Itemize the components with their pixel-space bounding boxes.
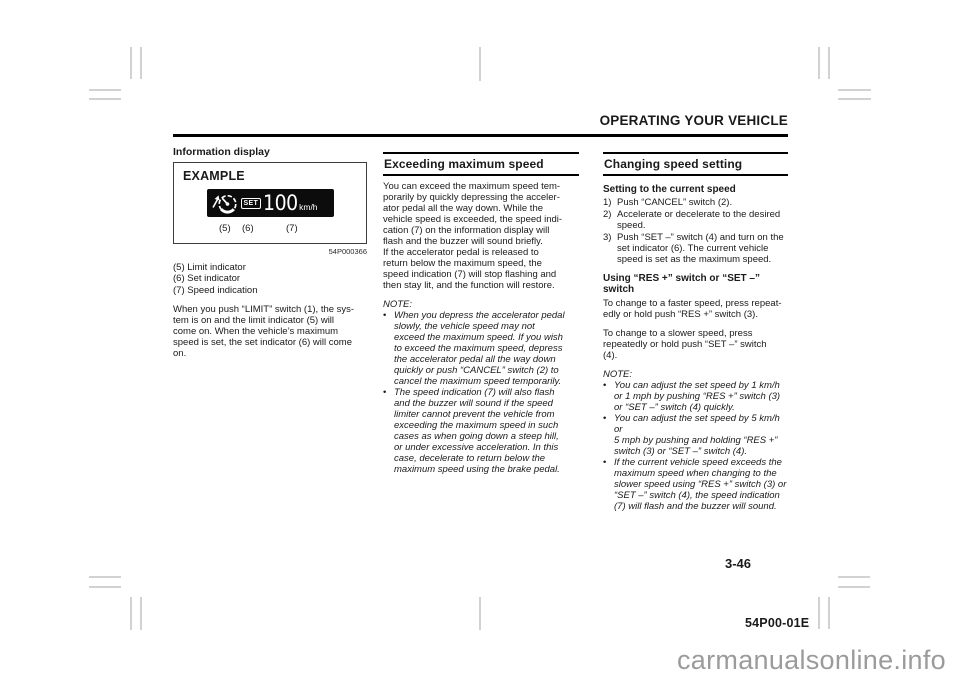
step-text: Push “CANCEL” switch (2). (617, 197, 788, 208)
step-item: 1) Push “CANCEL” switch (2). (603, 197, 788, 208)
document-code: 54P00-01E (745, 616, 809, 630)
note-text: You can adjust the set speed by 1 km/h o… (614, 380, 788, 413)
subheading-res-set-switch: Using “RES +” switch or “SET –” switch (603, 273, 788, 296)
crop-mark (479, 47, 481, 81)
note-text: You can adjust the set speed by 5 km/h o… (614, 413, 788, 457)
header-rule (173, 134, 788, 137)
watermark: carmanualsonline.info (677, 645, 946, 676)
crop-mark (130, 597, 132, 630)
crop-mark (89, 98, 121, 100)
crop-mark (818, 47, 820, 79)
crop-mark (89, 576, 121, 578)
note-text: The speed indication (7) will also flash… (394, 387, 579, 475)
step-text: Accelerate or decelerate to the desired … (617, 209, 788, 231)
figure-legend: (5) Limit indicator (6) Set indicator (7… (173, 262, 367, 297)
middle-column: Exceeding maximum speed You can exceed t… (383, 152, 579, 475)
crop-mark (838, 576, 870, 578)
crop-mark (479, 597, 481, 630)
manual-page: OPERATING YOUR VEHICLE Information displ… (0, 0, 960, 678)
set-indicator-badge: SET (241, 198, 261, 209)
crop-mark (838, 89, 871, 91)
page-number: 3-46 (688, 556, 788, 571)
crop-mark (838, 586, 870, 588)
callout-5: (5) (219, 223, 231, 234)
crop-mark (818, 597, 820, 629)
crop-mark (140, 47, 142, 79)
callout-7: (7) (286, 223, 298, 234)
info-display-label: Information display (173, 146, 367, 158)
section-heading-exceeding-maximum-speed: Exceeding maximum speed (383, 152, 579, 176)
exceeding-speed-paragraph: You can exceed the maximum speed tem- po… (383, 181, 579, 291)
note-item: You can adjust the set speed by 5 km/h o… (603, 413, 788, 457)
example-label: EXAMPLE (183, 169, 245, 183)
crop-mark (828, 47, 830, 79)
limit-switch-paragraph: When you push “LIMIT” switch (1), the sy… (173, 304, 367, 359)
step-number: 2) (603, 209, 617, 231)
note-text: If the current vehicle speed exceeds the… (614, 457, 788, 512)
info-display-screen: SET 100 km/h (207, 189, 334, 217)
callout-6: (6) (242, 223, 254, 234)
note-item: You can adjust the set speed by 1 km/h o… (603, 380, 788, 413)
crop-mark (130, 47, 132, 79)
figure-code: 54P000366 (173, 247, 367, 256)
step-item: 3) Push “SET –” switch (4) and turn on t… (603, 232, 788, 265)
left-column: Information display EXAMPLE SET 100 km/ (173, 146, 367, 359)
note-label: NOTE: (603, 369, 788, 380)
note-item: If the current vehicle speed exceeds the… (603, 457, 788, 512)
note-item: The speed indication (7) will also flash… (383, 387, 579, 475)
note-text: When you depress the accelerator pedal s… (394, 310, 579, 387)
right-column: Changing speed setting Setting to the cu… (603, 152, 788, 512)
crop-mark (89, 89, 121, 91)
subheading-setting-current-speed: Setting to the current speed (603, 184, 788, 196)
chapter-header: OPERATING YOUR VEHICLE (173, 113, 788, 128)
speed-value: 100 (263, 193, 298, 214)
slower-speed-paragraph: To change to a slower speed, press repea… (603, 328, 788, 361)
step-number: 3) (603, 232, 617, 265)
crop-mark (838, 98, 871, 100)
speed-unit: km/h (299, 202, 317, 212)
crop-mark (828, 597, 830, 629)
crop-mark (140, 597, 142, 630)
note-label: NOTE: (383, 299, 579, 310)
crop-mark (89, 586, 121, 588)
step-text: Push “SET –” switch (4) and turn on the … (617, 232, 788, 265)
step-item: 2) Accelerate or decelerate to the desir… (603, 209, 788, 231)
faster-speed-paragraph: To change to a faster speed, press repea… (603, 298, 788, 320)
step-number: 1) (603, 197, 617, 208)
note-item: When you depress the accelerator pedal s… (383, 310, 579, 387)
section-heading-changing-speed-setting: Changing speed setting (603, 152, 788, 176)
speed-limiter-gauge-icon (210, 191, 240, 215)
example-figure: EXAMPLE SET 100 km/h (5) (6) (173, 162, 367, 244)
